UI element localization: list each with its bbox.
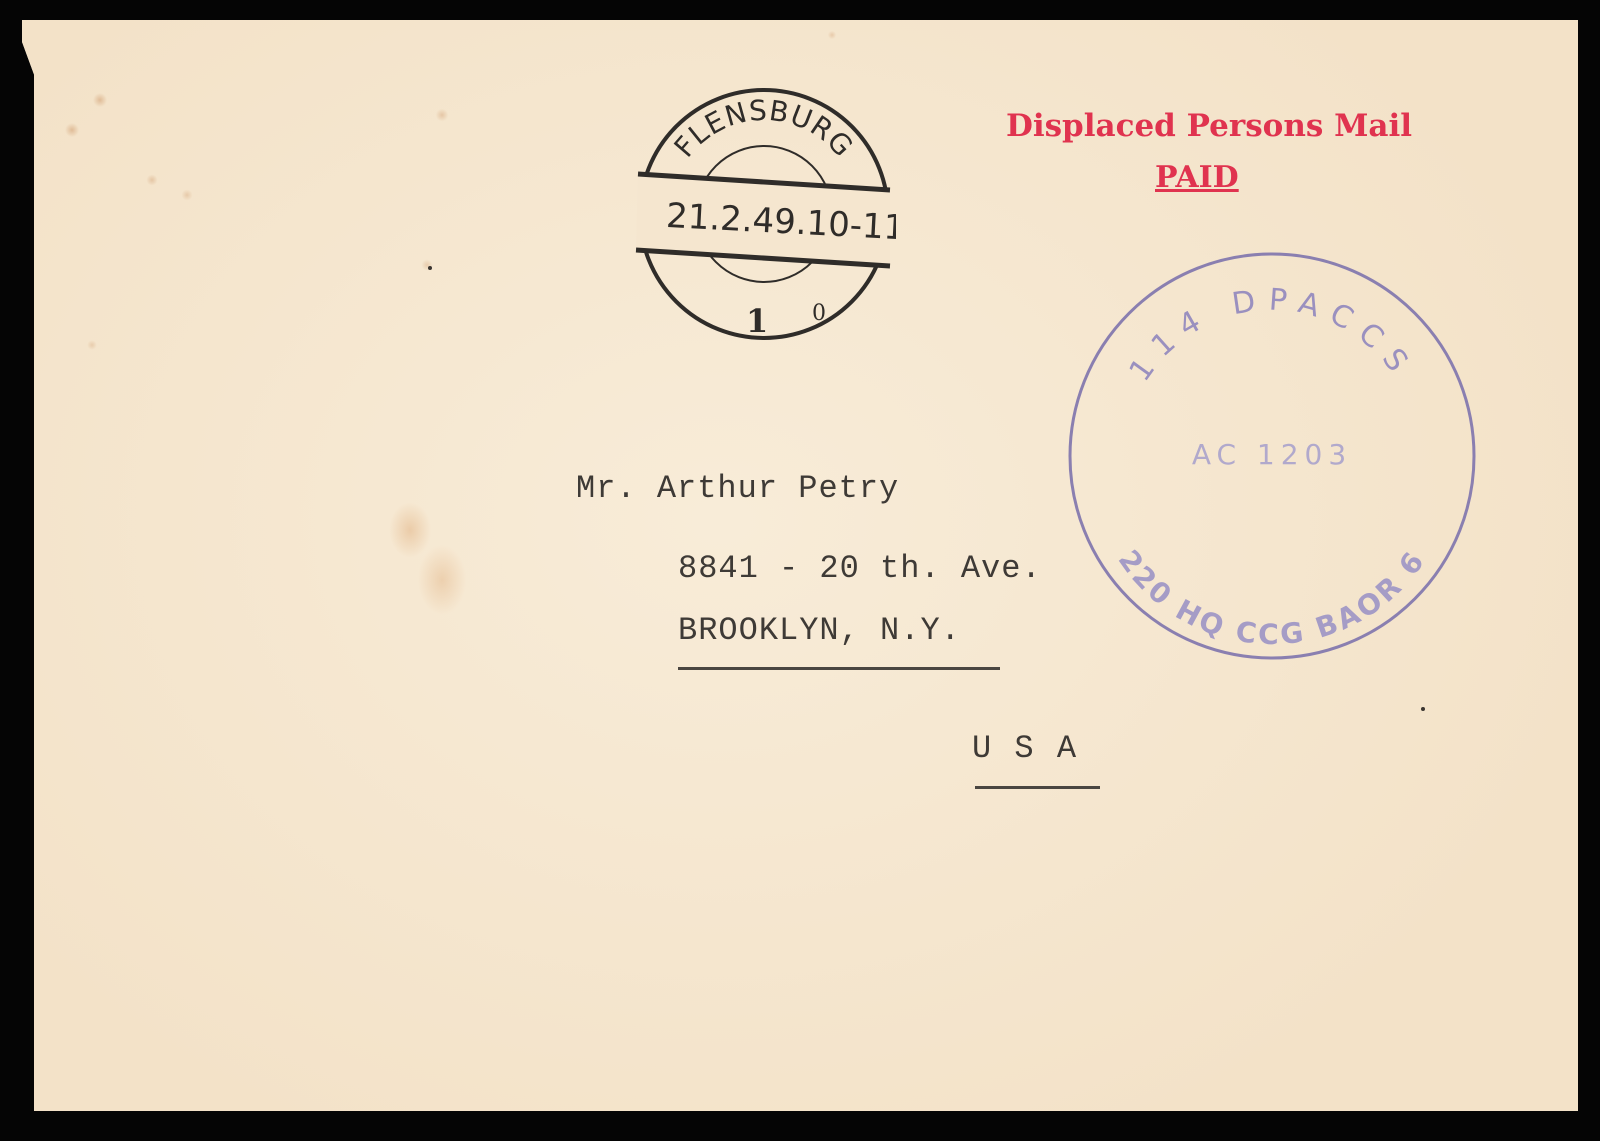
paid-cachet: PAID (1155, 160, 1239, 195)
flensburg-postmark: FLENSBURG 21.2.49.10-11 1 0 (632, 82, 896, 346)
city-underline (678, 667, 1000, 670)
postmark-city: FLENSBURG (668, 94, 860, 164)
svg-text:FLENSBURG: FLENSBURG (668, 94, 860, 164)
recipient-country: U S A (972, 730, 1078, 767)
recipient-street: 8841 - 20 th. Ave. (678, 550, 1042, 587)
postmark-district-right: 0 (812, 301, 826, 326)
displaced-persons-mail-cachet: Displaced Persons Mail (983, 108, 1435, 144)
svg-text:114 DPACCS: 114 DPACCS (1123, 282, 1422, 388)
postmark-district-left: 1 (746, 302, 768, 340)
recipient-name: Mr. Arthur Petry (576, 470, 899, 507)
paper-speck (428, 266, 432, 270)
paper-speck (1421, 707, 1425, 711)
recipient-city: BROOKLYN, N.Y. (678, 612, 961, 649)
svg-text:220 HQ CCG BAOR 6: 220 HQ CCG BAOR 6 (1112, 544, 1432, 651)
cachet-bottom-text: 220 HQ CCG BAOR 6 (1112, 544, 1432, 651)
cachet-center-text: AC 1203 (1192, 438, 1352, 471)
cachet-top-text: 114 DPACCS (1123, 282, 1422, 388)
country-underline (975, 786, 1100, 789)
dpaccs-circular-cachet: 114 DPACCS AC 1203 220 HQ CCG BAOR 6 (1066, 250, 1478, 662)
